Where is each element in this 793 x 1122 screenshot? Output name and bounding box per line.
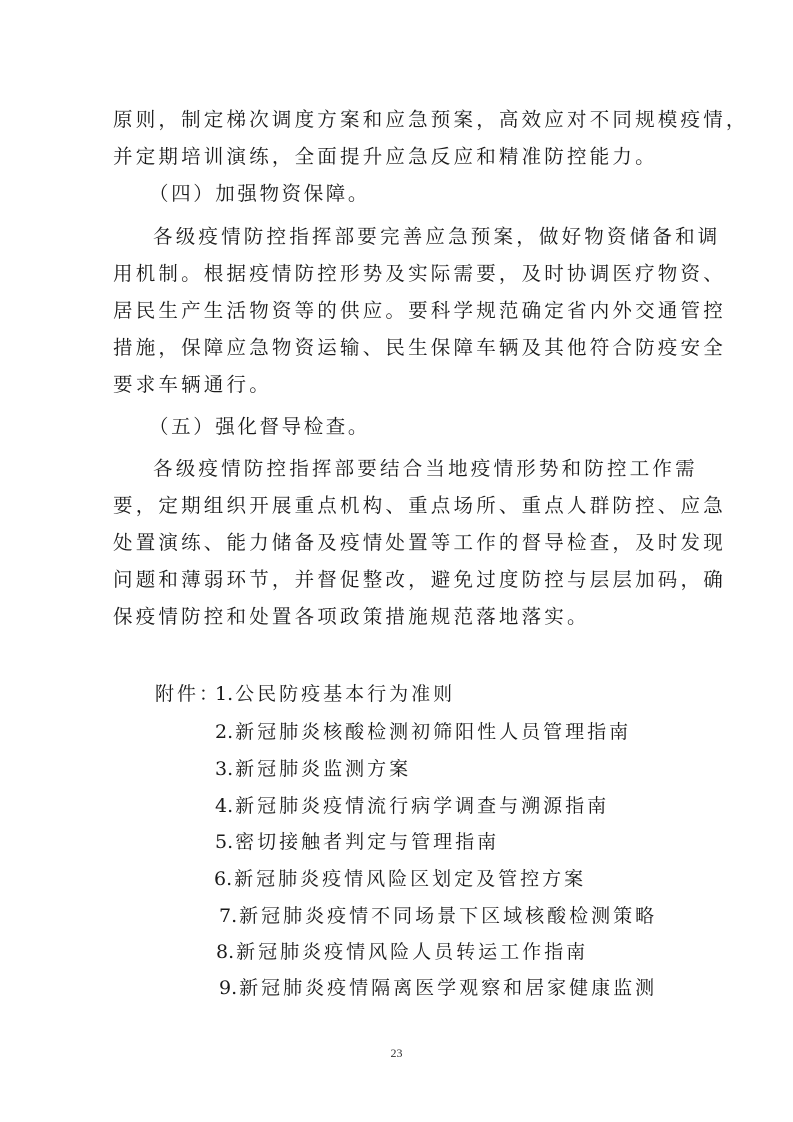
attachment-item: 5.密切接触者判定与管理指南: [215, 830, 499, 854]
attachment-item: 3.新冠肺炎监测方案: [215, 757, 411, 781]
attachment-title: 新冠肺炎疫情风险人员转运工作指南: [236, 941, 588, 963]
paragraph-line: 用机制。根据疫情防控形势及实际需要，及时协调医疗物资、: [113, 262, 683, 286]
attachment-number: 3.: [215, 758, 233, 780]
paragraph-line: 原则，制定梯次调度方案和应急预案，高效应对不同规模疫情，: [113, 108, 683, 132]
paragraph-line: 措施，保障应急物资运输、民生保障车辆及其他符合防疫安全: [113, 336, 683, 360]
paragraph-line: 各级疫情防控指挥部要结合当地疫情形势和防控工作需: [153, 457, 683, 481]
attachment-item: 1.公民防疫基本行为准则: [215, 682, 455, 706]
paragraph-line: 要，定期组织开展重点机构、重点场所、重点人群防控、应急: [113, 494, 683, 518]
attachment-title: 新冠肺炎疫情隔离医学观察和居家健康监测: [239, 977, 657, 999]
attachment-item: 7.新冠肺炎疫情不同场景下区域核酸检测策略: [219, 904, 657, 928]
paragraph-line: 保疫情防控和处置各项政策措施规范落地落实。: [113, 605, 683, 629]
paragraph-line: 处置演练、能力储备及疫情处置等工作的督导检查，及时发现: [113, 531, 683, 555]
attachment-number: 5.: [215, 831, 233, 853]
attachment-number: 9.: [219, 977, 237, 999]
attachment-title: 新冠肺炎疫情风险区划定及管控方案: [234, 868, 586, 890]
attachment-item: 8.新冠肺炎疫情风险人员转运工作指南: [216, 940, 588, 964]
attachment-title: 公民防疫基本行为准则: [235, 683, 455, 705]
attachment-number: 4.: [215, 795, 233, 817]
paragraph-line: 各级疫情防控指挥部要完善应急预案，做好物资储备和调: [153, 225, 683, 249]
attachment-title: 新冠肺炎疫情流行病学调查与溯源指南: [235, 795, 609, 817]
attachment-item: 6.新冠肺炎疫情风险区划定及管控方案: [214, 867, 586, 891]
attachment-number: 2.: [215, 721, 233, 743]
paragraph-line: 要求车辆通行。: [113, 373, 683, 397]
attachment-item: 2.新冠肺炎核酸检测初筛阳性人员管理指南: [215, 720, 631, 744]
paragraph-line: 并定期培训演练，全面提升应急反应和精准防控能力。: [113, 145, 683, 169]
attachments-label: 附件：: [155, 682, 221, 706]
attachment-number: 6.: [214, 868, 232, 890]
page-number: 23: [0, 1046, 793, 1061]
attachment-number: 7.: [219, 905, 237, 927]
attachment-title: 新冠肺炎核酸检测初筛阳性人员管理指南: [235, 721, 631, 743]
attachment-item: 4.新冠肺炎疫情流行病学调查与溯源指南: [215, 794, 609, 818]
attachment-title: 新冠肺炎监测方案: [235, 758, 411, 780]
paragraph-line: 问题和薄弱环节，并督促整改，避免过度防控与层层加码，确: [113, 568, 683, 592]
attachment-title: 密切接触者判定与管理指南: [235, 831, 499, 853]
attachment-item: 9.新冠肺炎疫情隔离医学观察和居家健康监测: [219, 976, 657, 1000]
attachment-title: 新冠肺炎疫情不同场景下区域核酸检测策略: [239, 905, 657, 927]
section-heading-5: （五）强化督导检查。: [149, 415, 370, 439]
attachment-number: 1.: [215, 683, 233, 705]
paragraph-line: 居民生产生活物资等的供应。要科学规范确定省内外交通管控: [113, 299, 683, 323]
section-heading-4: （四）加强物资保障。: [149, 182, 370, 206]
attachment-number: 8.: [216, 941, 234, 963]
